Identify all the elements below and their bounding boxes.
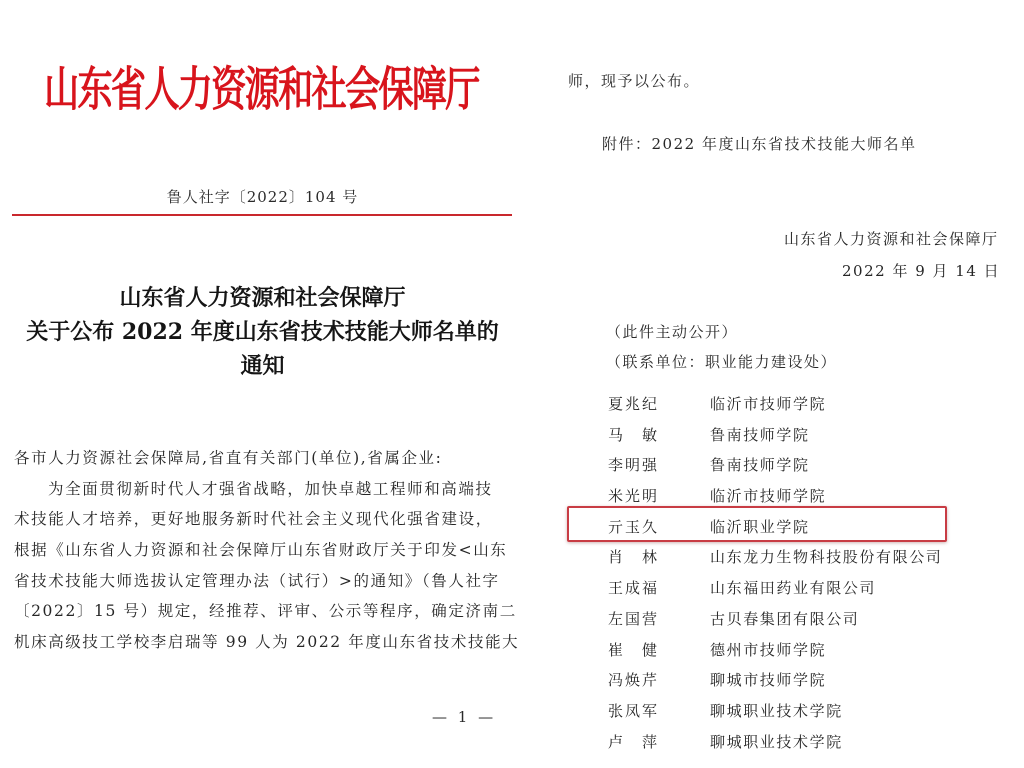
signature-org: 山东省人力资源和社会保障厅 (784, 228, 999, 249)
roster-row: 卢 萍聊城职业技术学院 (608, 727, 942, 758)
document-page-right: 师，现予以公布。 附件：2022 年度山东省技术技能大师名单 山东省人力资源和社… (540, 0, 1024, 768)
roster-unit: 古贝春集团有限公司 (710, 604, 859, 635)
document-page-left: 山东省人力资源和社会保障厅 鲁人社字〔2022〕104 号 山东省人力资源和社会… (0, 0, 540, 768)
roster-unit: 聊城职业技术学院 (710, 727, 843, 758)
title-line-1: 山东省人力资源和社会保障厅 (0, 281, 525, 315)
roster-name: 王成福 (608, 573, 710, 604)
salutation: 各市人力资源社会保障局,省直有关部门(单位),省属企业: (14, 443, 519, 474)
roster-name: 左国营 (608, 604, 710, 635)
roster-row: 王成福山东福田药业有限公司 (608, 573, 942, 604)
roster-unit: 鲁南技师学院 (710, 450, 810, 481)
roster-row: 夏兆纪临沂市技师学院 (608, 389, 942, 420)
roster-name: 冯焕芹 (608, 665, 710, 696)
attachment-line: 附件：2022 年度山东省技术技能大师名单 (602, 133, 916, 154)
roster-row: 李明强鲁南技师学院 (608, 450, 942, 481)
roster-row: 马 敏鲁南技师学院 (608, 420, 942, 451)
disclosure-note: （此件主动公开） (606, 321, 738, 342)
red-divider (12, 214, 512, 216)
notice-body: 各市人力资源社会保障局,省直有关部门(单位),省属企业: 为全面贯彻新时代人才强… (14, 443, 519, 658)
title-line-3: 通知 (0, 349, 525, 383)
roster-unit: 聊城市技师学院 (710, 665, 826, 696)
signature-date: 2022 年 9 月 14 日 (842, 260, 1000, 281)
notice-title: 山东省人力资源和社会保障厅 关于公布 2022 年度山东省技术技能大师名单的 通… (0, 281, 525, 383)
roster-unit: 山东龙力生物科技股份有限公司 (710, 542, 942, 573)
roster-name: 卢 萍 (608, 727, 710, 758)
body-line: 为全面贯彻新时代人才强省战略，加快卓越工程师和高端技 (14, 474, 519, 505)
roster-unit: 鲁南技师学院 (710, 420, 810, 451)
roster-name: 崔 健 (608, 635, 710, 666)
letterhead-title: 山东省人力资源和社会保障厅 (44, 62, 431, 119)
roster-row: 崔 健德州市技师学院 (608, 635, 942, 666)
body-line: 〔2022〕15 号）规定，经推荐、评审、公示等程序，确定济南二 (14, 596, 519, 627)
roster-unit: 德州市技师学院 (710, 635, 826, 666)
highlight-annotation-box (567, 506, 947, 542)
roster-unit: 聊城职业技术学院 (710, 696, 843, 727)
roster-name: 肖 林 (608, 542, 710, 573)
roster-row: 肖 林山东龙力生物科技股份有限公司 (608, 542, 942, 573)
roster-name: 夏兆纪 (608, 389, 710, 420)
roster-name: 李明强 (608, 450, 710, 481)
body-line: 根据《山东省人力资源和社会保障厅山东省财政厅关于印发<山东 (14, 535, 519, 566)
body-line: 机床高级技工学校李启瑞等 99 人为 2022 年度山东省技术技能大 (14, 627, 519, 658)
roster-unit: 临沂市技师学院 (710, 389, 826, 420)
roster-unit: 山东福田药业有限公司 (710, 573, 876, 604)
roster-row: 张凤军聊城职业技术学院 (608, 696, 942, 727)
master-roster: 夏兆纪临沂市技师学院 马 敏鲁南技师学院 李明强鲁南技师学院 米光明临沂市技师学… (608, 389, 942, 757)
roster-name: 马 敏 (608, 420, 710, 451)
page-number: — 1 — (432, 708, 496, 726)
contact-note: （联系单位：职业能力建设处） (606, 351, 837, 372)
roster-row: 冯焕芹聊城市技师学院 (608, 665, 942, 696)
document-number: 鲁人社字〔2022〕104 号 (0, 186, 525, 207)
roster-name: 张凤军 (608, 696, 710, 727)
roster-row: 左国营古贝春集团有限公司 (608, 604, 942, 635)
body-line: 省技术技能大师选拔认定管理办法（试行）>的通知》（鲁人社字 (14, 566, 519, 597)
body-line: 术技能人才培养，更好地服务新时代社会主义现代化强省建设， (14, 504, 519, 535)
title-line-2: 关于公布 2022 年度山东省技术技能大师名单的 (0, 315, 525, 349)
body-continuation: 师，现予以公布。 (568, 70, 700, 91)
